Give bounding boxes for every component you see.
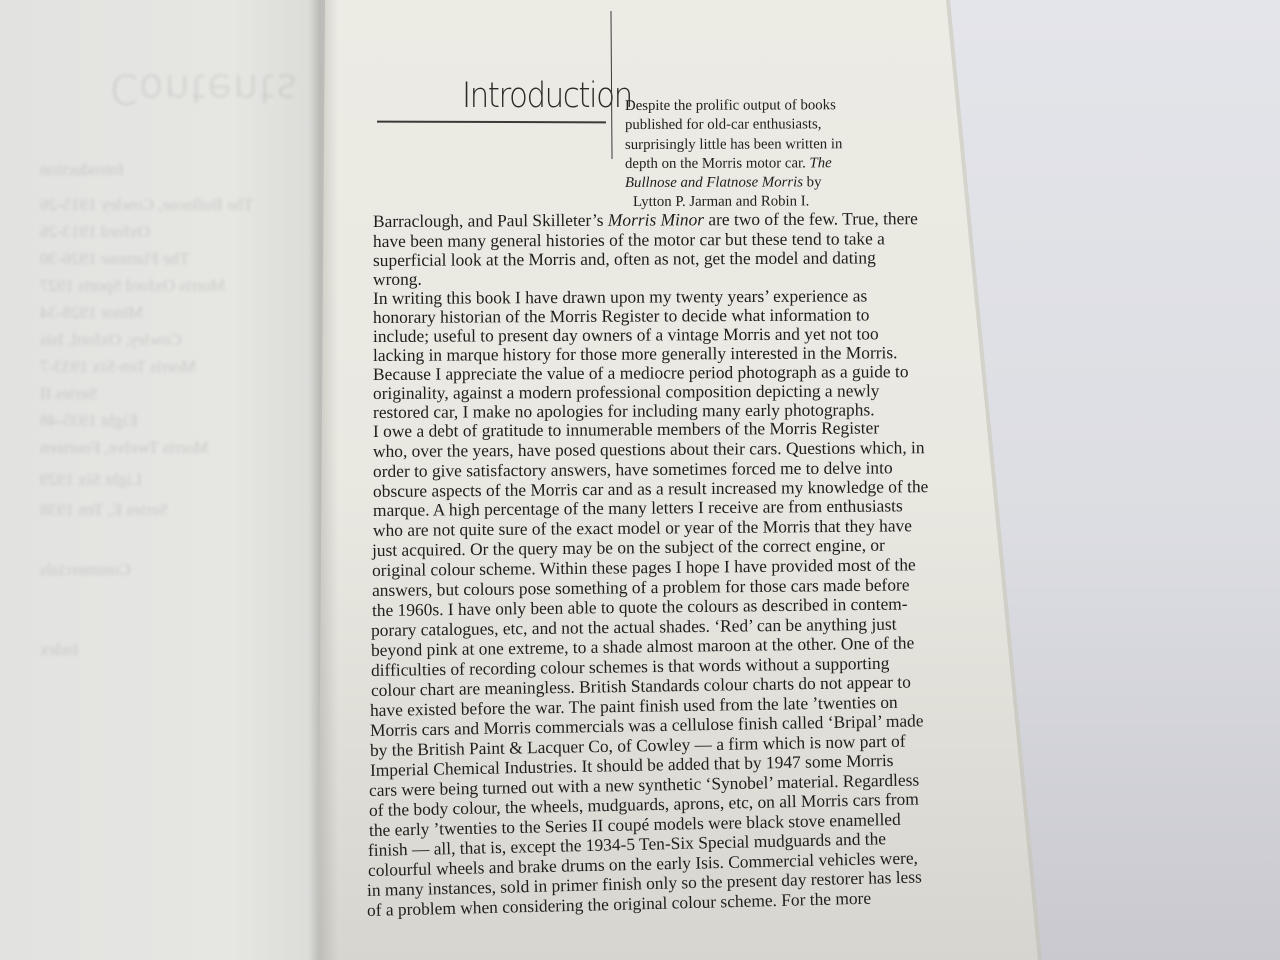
intro-line: depth on the Morris motor car. The	[625, 154, 832, 173]
intro-line: published for old-car enthusiasts,	[625, 115, 821, 134]
intro-line: Bullnose and Flatnose Morris by	[625, 173, 822, 192]
book-title-italic: Bullnose and Flatnose Morris	[625, 174, 803, 191]
body-text: Barraclough, and Paul Skilleter’s	[373, 210, 608, 231]
heading-underline	[377, 121, 606, 123]
intro-text: depth on the Morris motor car.	[625, 155, 810, 172]
intro-text: by	[803, 174, 822, 190]
intro-line: Despite the prolific output of books	[625, 96, 836, 115]
body-line: Barraclough, and Paul Skilleter’s Morris…	[373, 208, 918, 231]
book-title-italic: The	[809, 155, 831, 171]
book-title-italic: Morris Minor	[608, 209, 704, 230]
body-line: wrong.	[373, 269, 422, 289]
body-line: superficial look at the Morris and, ofte…	[373, 247, 876, 270]
page-title: Introduction	[462, 76, 632, 116]
intro-line: surprisingly little has been written in	[625, 135, 842, 154]
body-text: are two of the few. True, there	[704, 208, 918, 229]
page-content: Introduction Despite the prolific output…	[0, 0, 1280, 960]
